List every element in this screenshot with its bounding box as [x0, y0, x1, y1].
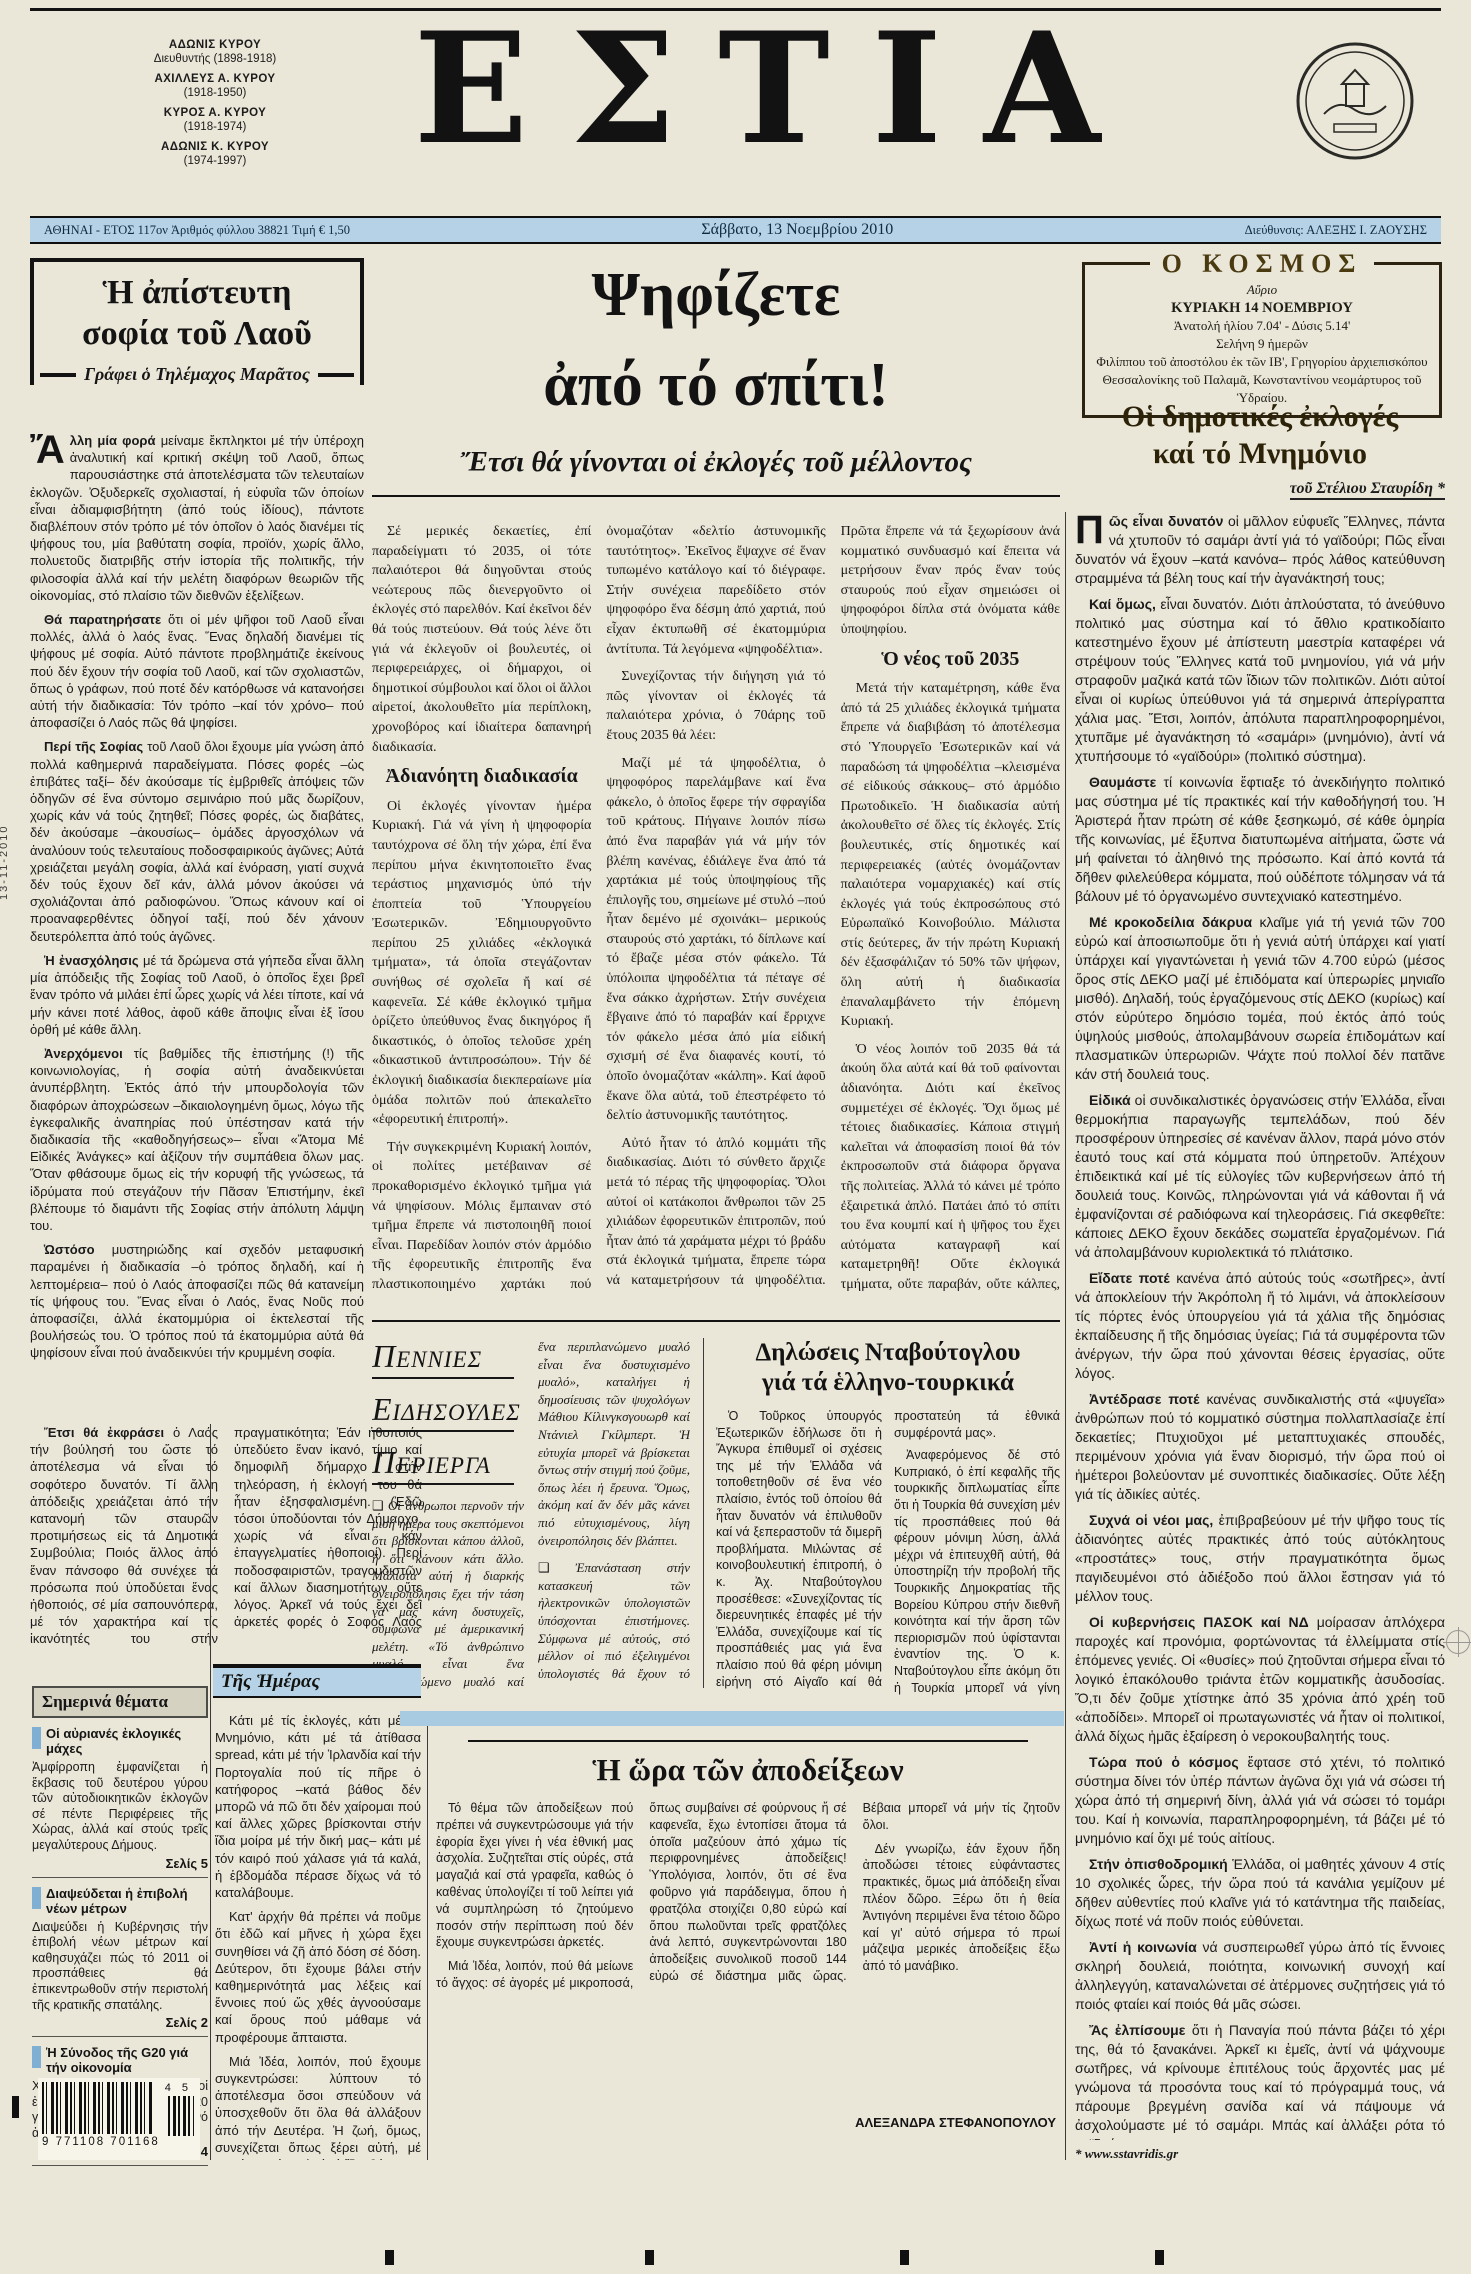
apodeixeis-top-rule	[468, 1740, 1028, 1742]
print-mark	[900, 2250, 909, 2265]
estia-logo-stamp	[1294, 40, 1416, 162]
davutoglu-article: Δηλώσεις Νταβούτογλου γιά τά ἑλληνο-τουρ…	[716, 1338, 1060, 1704]
right-article-byline: τοῦ Στέλιου Σταυρίδη *	[1075, 480, 1445, 498]
paragraph: Πῶς εἶναι δυνατόνοἱ μᾶλλον εὐφυεῖς Ἕλλην…	[1075, 512, 1445, 588]
pennies-title: ΕΙΔΗΣΟΥΛΕΣ	[372, 1391, 514, 1432]
paragraph: Στήν ὀπισθοδρομικήἙλλάδα, οἱ μαθητές χάν…	[1075, 1855, 1445, 1931]
director-name: ΑΔΩΝΙΣ ΚΥΡΟΥ	[68, 38, 362, 52]
dateline-date: Σάββατο, 13 Νοεμβρίου 2010	[701, 221, 893, 239]
director-years: (1974-1997)	[68, 154, 362, 168]
barcode-addon-bars	[168, 2096, 194, 2136]
lead-article-byline: Γράφει ὁ Τηλέμαχος Μαρᾶτος	[40, 364, 354, 385]
topic-title: Διαψεύδεται ἡ ἐπιβολή νέων μέτρων	[32, 1886, 208, 1916]
kosmos-content: ΑὔριοΚΥΡΙΑΚΗ 14 ΝΟΕΜΒΡΙΟΥἈνατολή ἡλίου 7…	[1093, 281, 1431, 407]
main-subhead: Ἔτσι θά γίνονται οἱ ἐκλογές τοῦ μέλλοντο…	[372, 446, 1060, 497]
paragraph: Ἄλλη μία φοράμείναμε ἔκπληκτοι μέ τήν ὑπ…	[30, 432, 364, 604]
paragraph: Οἱ ἐκλογές γίνονταν ἡμέρα Κυριακή. Γιά ν…	[372, 797, 591, 1130]
print-mark	[1155, 2250, 1164, 2265]
topic-item: Οἱ αὐριανές ἐκλογικές μάχες Ἀμφίρροπη ἐμ…	[32, 1718, 208, 1878]
paragraph: Ἀνερχόμενοιτίς βαθμίδες τῆς ἐπιστήμης (!…	[30, 1045, 364, 1234]
right-article-title: Οἱ δημοτικές ἐκλογές καί τό Μνημόνιο	[1075, 398, 1445, 472]
byline-rule-left	[40, 373, 76, 377]
paragraph: Μαζί μέ τά ψηφοδέλτια, ὁ ψηφοφόρος παρελ…	[606, 754, 825, 1126]
newspaper-front-page: ΑΔΩΝΙΣ ΚΥΡΟΥ Διευθυντής (1898-1918) ΑΧΙΛ…	[0, 0, 1471, 2274]
topics-sidebar-header: Σημερινά θέματα	[32, 1686, 208, 1718]
pennies-title: ΠΕΝΝΙΕΣ	[372, 1338, 514, 1379]
paragraph: Μιά Ἰδέα, λοιπόν, πού ἔχουμε συγκεντρώσε…	[215, 2053, 421, 2160]
paragraph: Μέ κροκοδείλια δάκρυακλαῖμε γιά τή γενιά…	[1075, 913, 1445, 1084]
topic-page-ref: Σελίς 2	[32, 2015, 208, 2030]
kosmos-line: Ἀνατολή ἡλίου 7.04' - Δύσις 5.14'	[1093, 317, 1431, 335]
paragraph: Περί τῆς Σοφίαςτοῦ Λαοῦ ὅλοι ἔχουμε μία …	[30, 738, 364, 944]
tis-imeras-header: Τῆς Ἡμέρας	[213, 1664, 421, 1698]
paragraph: Συνεχίζοντας τήν διήγηση γιά τό πῶς γίνο…	[606, 667, 825, 745]
main-article-body: Σέ μερικές δεκαετίες, ἐπί παραδείγματι τ…	[372, 522, 1060, 1310]
divider	[1065, 512, 1066, 2160]
paragraph: Ἀναφερόμενος δέ στό Κυπριακό, ὁ ἐπί κεφα…	[894, 1408, 1060, 1704]
topic-text: Ἀμφίρροπη ἐμφανίζεται ἡ ἔκβασις τοῦ δευτ…	[32, 1760, 208, 1854]
inline-subhead: Ἀδιανόητη διαδικασία	[372, 767, 591, 787]
paragraph: Μετά τήν καταμέτρηση, κάθε ἕνα ἀπό τά 25…	[841, 679, 1060, 1032]
paragraph: Τό θέμα τῶν ἀποδείξεων πού πρέπει νά συγ…	[436, 1800, 633, 1951]
topic-title: Οἱ αὐριανές ἐκλογικές μάχες	[32, 1726, 208, 1756]
director-entry: ΑΔΩΝΙΣ ΚΥΡΟΥ Διευθυντής (1898-1918)	[68, 38, 362, 66]
main-headline: Ψηφίζετε ἀπό τό σπίτι!	[372, 250, 1060, 430]
paragraph: Εἰδικάοἱ συνδικαλιστικές ὀργανώσεις στήν…	[1075, 1091, 1445, 1262]
kosmos-title: Ο ΚΟΣΜΟΣ	[1085, 249, 1439, 279]
dateline-bar: ΑΘΗΝΑΙ - ΕΤΟΣ 117ον Ἀριθμός φύλλου 38821…	[30, 216, 1441, 244]
director-years: Διευθυντής (1898-1918)	[68, 52, 362, 66]
paragraph: Τώρα πού ὁ κόσμοςἔφτασε στό χτένι, τό πο…	[1075, 1753, 1445, 1848]
right-article-footnote: * www.sstavridis.gr	[1075, 2146, 1445, 2162]
director-entry: ΑΧΙΛΛΕΥΣ Α. ΚΥΡΟΥ (1918-1950)	[68, 72, 362, 100]
section-divider-band	[400, 1711, 1064, 1726]
paragraph: Ὡστόσομυστηριώδης καί σχεδόν μεταφυσική …	[30, 1241, 364, 1361]
director-name: ΑΧΙΛΛΕΥΣ Α. ΚΥΡΟΥ	[68, 72, 362, 86]
paragraph: Σέ μερικές δεκαετίες, ἐπί παραδείγματι τ…	[372, 522, 591, 757]
print-mark	[645, 2250, 654, 2265]
barcode-bars	[42, 2082, 154, 2134]
director-name: ΚΥΡΟΣ Α. ΚΥΡΟΥ	[68, 106, 362, 120]
paragraph: Δέν γνωρίζω, ἐάν ἔχουν ἤδη ἀποδώσει τέτο…	[863, 1841, 1060, 1975]
apodeixeis-body: Τό θέμα τῶν ἀποδείξεων πού πρέπει νά συγ…	[436, 1800, 1060, 2136]
edge-date-mark: 13-11-2010	[0, 825, 10, 900]
right-article-body: Πῶς εἶναι δυνατόνοἱ μᾶλλον εὐφυεῖς Ἕλλην…	[1075, 512, 1445, 2140]
paragraph: Ἔτσι θά ἐκφράσειὁ Λαός τήν βούλησή του ὥ…	[30, 1424, 422, 1656]
kosmos-box: Ο ΚΟΣΜΟΣ ΑὔριοΚΥΡΙΑΚΗ 14 ΝΟΕΜΒΡΙΟΥἈνατολ…	[1082, 262, 1442, 418]
paragraph: Κάτι μέ τίς ἐκλογές, κάτι μέ τό Μνημόνιο…	[215, 1712, 421, 1901]
paragraph: Θαυμάστετί κοινωνία ἔφτιαξε τό ἀνεκδιήγη…	[1075, 773, 1445, 906]
director-entry: ΚΥΡΟΣ Α. ΚΥΡΟΥ (1918-1974)	[68, 106, 362, 134]
topic-title: Ἡ Σύνοδος τῆς G20 γιά τήν οἰκονομία	[32, 2045, 208, 2075]
barcode-addon-digits: 4 5	[165, 2082, 192, 2094]
paragraph: Ἀντέδρασε ποτέκανένας συνδικαλιστής στά …	[1075, 1390, 1445, 1504]
lead-article-continuation: Ἔτσι θά ἐκφράσειὁ Λαός τήν βούλησή του ὥ…	[30, 1424, 422, 1656]
center-bottom-rule	[372, 1320, 1060, 1322]
lead-article-title: Ἡ ἀπίστευτη σοφία τοῦ Λαοῦ	[40, 272, 354, 354]
byline-rule-right	[318, 373, 354, 377]
dateline-edition: ΑΘΗΝΑΙ - ΕΤΟΣ 117ον Ἀριθμός φύλλου 38821…	[44, 223, 350, 238]
topic-item: Διαψεύδεται ἡ ἐπιβολή νέων μέτρων Διαψεύ…	[32, 1878, 208, 2038]
director-name: ΑΔΩΝΙΣ Κ. ΚΥΡΟΥ	[68, 140, 362, 154]
pennies-title: ΠΕΡΙΕΡΓΑ	[372, 1444, 514, 1485]
paragraph: Συχνά οἱ νέοι μας,ἐπιβραβεύουν μέ τήν ψῆ…	[1075, 1511, 1445, 1606]
lead-article-body: Ἄλλη μία φοράμείναμε ἔκπληκτοι μέ τήν ὑπ…	[30, 432, 364, 1422]
kosmos-line: Αὔριο	[1093, 281, 1431, 299]
divider	[210, 1424, 211, 2160]
paragraph: Εἴδατε ποτέκανένα ἀπό αὐτούς τούς «σωτῆρ…	[1075, 1269, 1445, 1383]
director-entry: ΑΔΩΝΙΣ Κ. ΚΥΡΟΥ (1974-1997)	[68, 140, 362, 168]
barcode-digits: 9 771108 701168	[42, 2136, 196, 2148]
paragraph: Ἡ ἐνασχόλησιςμέ τά δρώμενα στά γήπεδα εἶ…	[30, 952, 364, 1038]
director-years: (1918-1950)	[68, 86, 362, 100]
masthead-directors: ΑΔΩΝΙΣ ΚΥΡΟΥ Διευθυντής (1898-1918) ΑΧΙΛ…	[68, 32, 362, 168]
lead-article-titlebox: Ἡ ἀπίστευτη σοφία τοῦ Λαοῦ Γράφει ὁ Τηλέ…	[30, 258, 364, 385]
davutoglu-body: Ὁ Τοῦρκος ὑπουργός Ἐξωτερικῶν ἐδήλωσε ὅτ…	[716, 1408, 1060, 1704]
registration-mark-icon	[1446, 1630, 1470, 1654]
inline-subhead: Ὁ νέος τοῦ 2035	[841, 650, 1060, 670]
print-mark	[385, 2250, 394, 2265]
paragraph: Καί ὅμως,εἶναι δυνατόν. Διότι ἀπλούστατα…	[1075, 595, 1445, 766]
topic-text: Διαψεύδει ἡ Κυβέρνησις τήν ἐπιβολή νέων …	[32, 1920, 208, 2014]
paragraph: Ἄς ἐλπίσουμεὅτι ἡ Παναγία πού πάντα βάζε…	[1075, 2021, 1445, 2140]
paragraph: Κατ' ἀρχήν θά πρέπει νά ποῦμε ὅτι ἐδῶ κα…	[215, 1908, 421, 2046]
divider	[703, 1338, 704, 1688]
tis-imeras-body: Κάτι μέ τίς ἐκλογές, κάτι μέ τό Μνημόνιο…	[215, 1712, 421, 2160]
dropcap: Π	[1075, 512, 1109, 547]
pennies-section: ΠΕΝΝΙΕΣΕΙΔΗΣΟΥΛΕΣΠΕΡΙΕΡΓΑ Οἱ ἄνθρωποι πε…	[372, 1338, 690, 1694]
dropcap: Ἄ	[30, 432, 70, 467]
apodeixeis-article: Ἡ ὥρα τῶν ἀποδείξεων Τό θέμα τῶν ἀποδείξ…	[436, 1740, 1060, 2136]
newspaper-title: ΕΣΤΙΑ	[336, 13, 1220, 166]
divider	[427, 1712, 428, 2160]
print-mark	[12, 2096, 19, 2118]
director-years: (1918-1974)	[68, 120, 362, 134]
paragraph: Ἀντί ἡ κοινωνίανά συσπειρωθεῖ γύρω ἀπό τ…	[1075, 1938, 1445, 2014]
issn-barcode: 4 5 9 771108 701168	[38, 2078, 200, 2160]
kosmos-line: ΚΥΡΙΑΚΗ 14 ΝΟΕΜΒΡΙΟΥ	[1093, 299, 1431, 317]
paragraph: Οἱ κυβερνήσεις ΠΑΣΟΚ καί ΝΔμοίρασαν ἁπλό…	[1075, 1613, 1445, 1746]
topic-page-ref: Σελίς 5	[32, 1856, 208, 1871]
dateline-director: Διεύθυνσις: ΑΛΕΞΗΣ Ι. ΖΑΟΥΣΗΣ	[1245, 223, 1427, 238]
paragraph: Θά παρατηρήσατεὅτι οἱ μέν ψῆφοι τοῦ Λαοῦ…	[30, 611, 364, 731]
apodeixeis-signature: ΑΛΕΞΑΝΔΡΑ ΣΤΕΦΑΝΟΠΟΥΛΟΥ	[855, 2115, 1056, 2130]
davutoglu-title: Δηλώσεις Νταβούτογλου γιά τά ἑλληνο-τουρ…	[716, 1338, 1060, 1398]
apodeixeis-title: Ἡ ὥρα τῶν ἀποδείξεων	[436, 1752, 1060, 1788]
kosmos-line: Σελήνη 9 ἡμερῶν	[1093, 335, 1431, 353]
